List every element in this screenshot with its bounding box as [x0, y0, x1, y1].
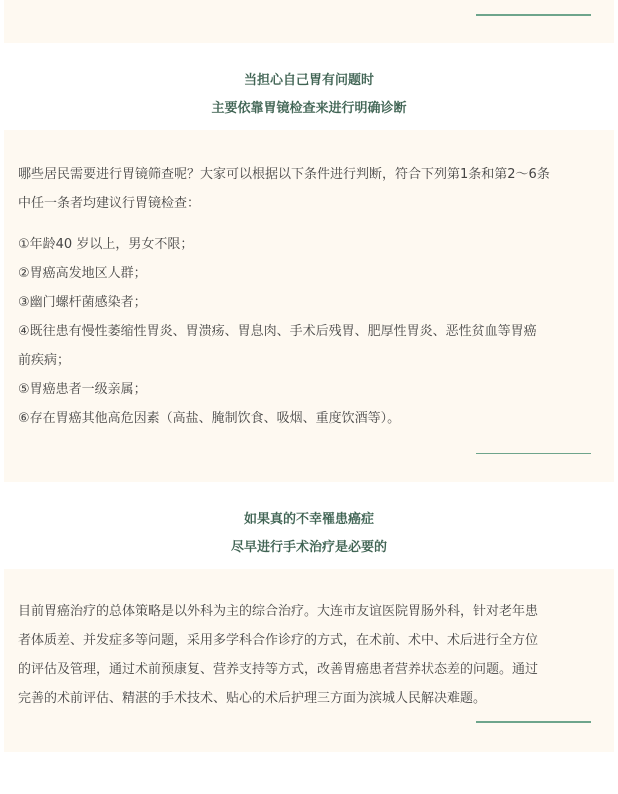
- section2-heading: 如果真的不幸罹患癌症 尽早进行手术治疗是必要的: [0, 508, 618, 564]
- criteria-item: 前疾病；: [18, 346, 598, 375]
- divider-rule: [476, 453, 591, 454]
- top-panel: [4, 0, 614, 43]
- criteria-item: ②胃癌高发地区人群；: [18, 259, 598, 288]
- body-line: 的评估及管理，通过术前预康复、营养支持等方式，改善胃癌患者营养状态差的问题。通过: [18, 655, 598, 684]
- divider-rule: [476, 721, 591, 723]
- criteria-item: ⑥存在胃癌其他高危因素（高盐、腌制饮食、吸烟、重度饮酒等）。: [18, 404, 598, 433]
- intro-line: 中任一条者均建议行胃镜检查：: [18, 189, 598, 218]
- heading-line: 当担心自己胃有问题时: [0, 69, 618, 97]
- divider-rule: [476, 14, 591, 16]
- screening-text: 哪些居民需要进行胃镜筛查呢？大家可以根据以下条件进行判断，符合下列第1条和第2～…: [18, 160, 598, 433]
- intro-line: 哪些居民需要进行胃镜筛查呢？大家可以根据以下条件进行判断，符合下列第1条和第2～…: [18, 160, 598, 189]
- heading-line: 如果真的不幸罹患癌症: [0, 508, 618, 536]
- criteria-item: ③幽门螺杆菌感染者；: [18, 288, 598, 317]
- treatment-text: 目前胃癌治疗的总体策略是以外科为主的综合治疗。大连市友谊医院胃肠外科，针对老年患…: [18, 597, 598, 713]
- body-line: 完善的术前评估、精湛的手术技术、贴心的术后护理三方面为滨城人民解决难题。: [18, 684, 598, 713]
- section1-heading: 当担心自己胃有问题时 主要依靠胃镜检查来进行明确诊断: [0, 69, 618, 125]
- body-line: 目前胃癌治疗的总体策略是以外科为主的综合治疗。大连市友谊医院胃肠外科，针对老年患: [18, 597, 598, 626]
- criteria-item: ④既往患有慢性萎缩性胃炎、胃溃疡、胃息肉、手术后残胃、肥厚性胃炎、恶性贫血等胃癌: [18, 317, 598, 346]
- heading-line: 尽早进行手术治疗是必要的: [0, 536, 618, 564]
- body-line: 者体质差、并发症多等问题，采用多学科合作诊疗的方式，在术前、术中、术后进行全方位: [18, 626, 598, 655]
- heading-line: 主要依靠胃镜检查来进行明确诊断: [0, 97, 618, 125]
- criteria-item: ⑤胃癌患者一级亲属；: [18, 375, 598, 404]
- criteria-item: ①年龄40 岁以上，男女不限；: [18, 230, 598, 259]
